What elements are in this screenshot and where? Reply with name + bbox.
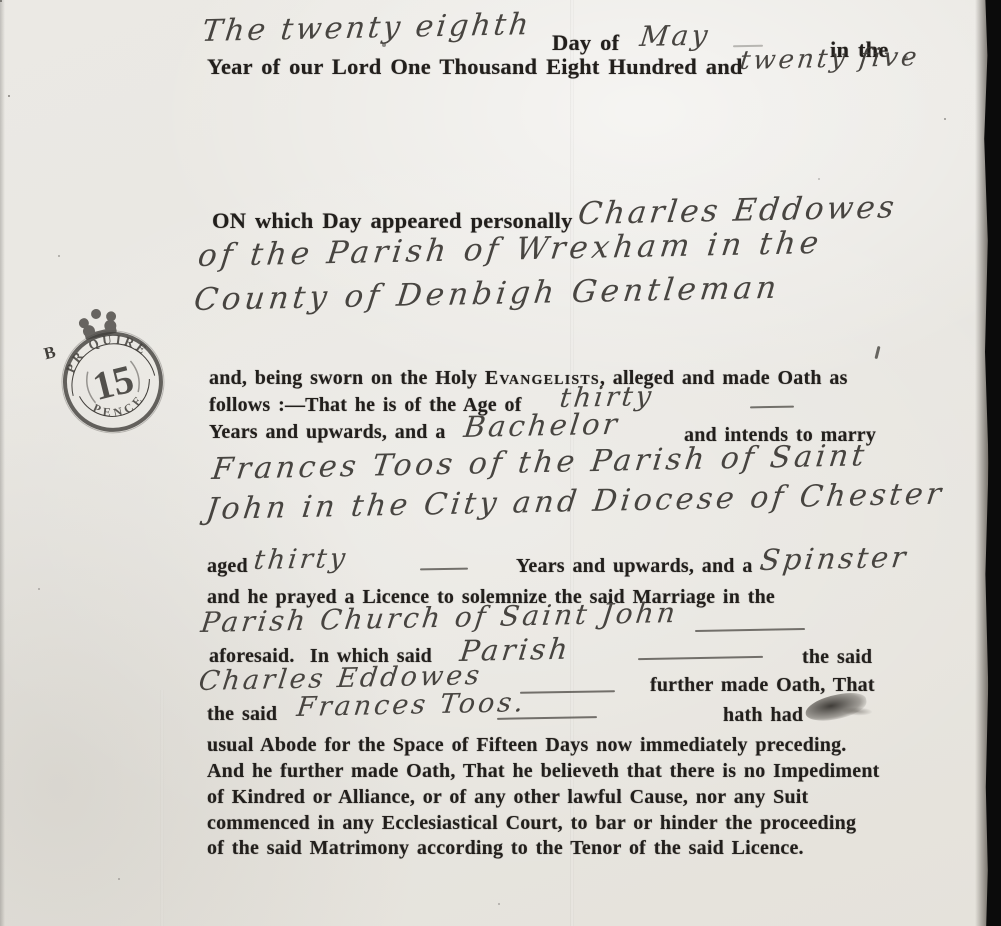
printed-upwards-line: Years and upwards, and a (209, 421, 446, 444)
ink-dash (520, 690, 615, 694)
printed-abode-line: usual Abode for the Space of Fifteen Day… (207, 734, 847, 757)
printed-bride-upwards: Years and upwards, and a (516, 555, 753, 578)
printed-oath-a: and, being sworn on the Holy (209, 367, 485, 389)
document-page: The twenty eighth Day of May in the Year… (0, 0, 988, 926)
scanned-document: The twenty eighth Day of May in the Year… (0, 0, 1001, 926)
stamp-letter: B (42, 342, 58, 363)
handwritten-day: The twenty eighth (200, 7, 533, 49)
ink-dash (695, 628, 805, 632)
handwritten-bride-name-2: Frances Toos. (295, 687, 528, 723)
stray-ink-mark (874, 346, 880, 359)
stamp-value: 15 (88, 356, 138, 409)
fold-crease-minor (160, 690, 164, 926)
revenue-stamp: PR QUIRE PENCE 15 B (40, 302, 180, 442)
printed-oath-line: and, being sworn on the Holy Evangelists… (209, 367, 848, 390)
handwritten-bride-condition: Spinster (758, 540, 910, 577)
handwritten-month: May (638, 19, 712, 53)
ink-dash (638, 656, 763, 660)
ink-dash (497, 716, 597, 720)
printed-closing-line-1: And he further made Oath, That he believ… (207, 760, 880, 783)
printed-day-of: Day of (552, 30, 619, 56)
handwritten-bride-age: thirty (252, 543, 350, 576)
printed-closing-line-2: of Kindred or Alliance, or of any other … (207, 786, 808, 809)
ink-dash (750, 406, 794, 409)
printed-hath-had: hath had (723, 704, 803, 727)
printed-the-said: the said (802, 646, 872, 669)
printed-the-said-2: the said (207, 703, 277, 726)
printed-closing-line-3: commenced in any Ecclesiastical Court, t… (207, 812, 856, 835)
handwritten-year: twenty five (738, 42, 921, 76)
handwritten-groom-name: Charles Eddowes (576, 189, 899, 232)
handwritten-groom-condition: Bachelor (462, 407, 622, 444)
printed-aged: aged (207, 555, 248, 578)
printed-appearance: ON which Day appeared personally (212, 208, 573, 234)
handwritten-groom-county: County of Denbigh Gentleman (192, 270, 782, 318)
printed-year-line: Year of our Lord One Thousand Eight Hund… (207, 54, 743, 80)
ink-dash (420, 568, 468, 571)
printed-closing-line-4: of the said Matrimony according to the T… (207, 837, 804, 860)
scan-edge-left (0, 0, 5, 926)
